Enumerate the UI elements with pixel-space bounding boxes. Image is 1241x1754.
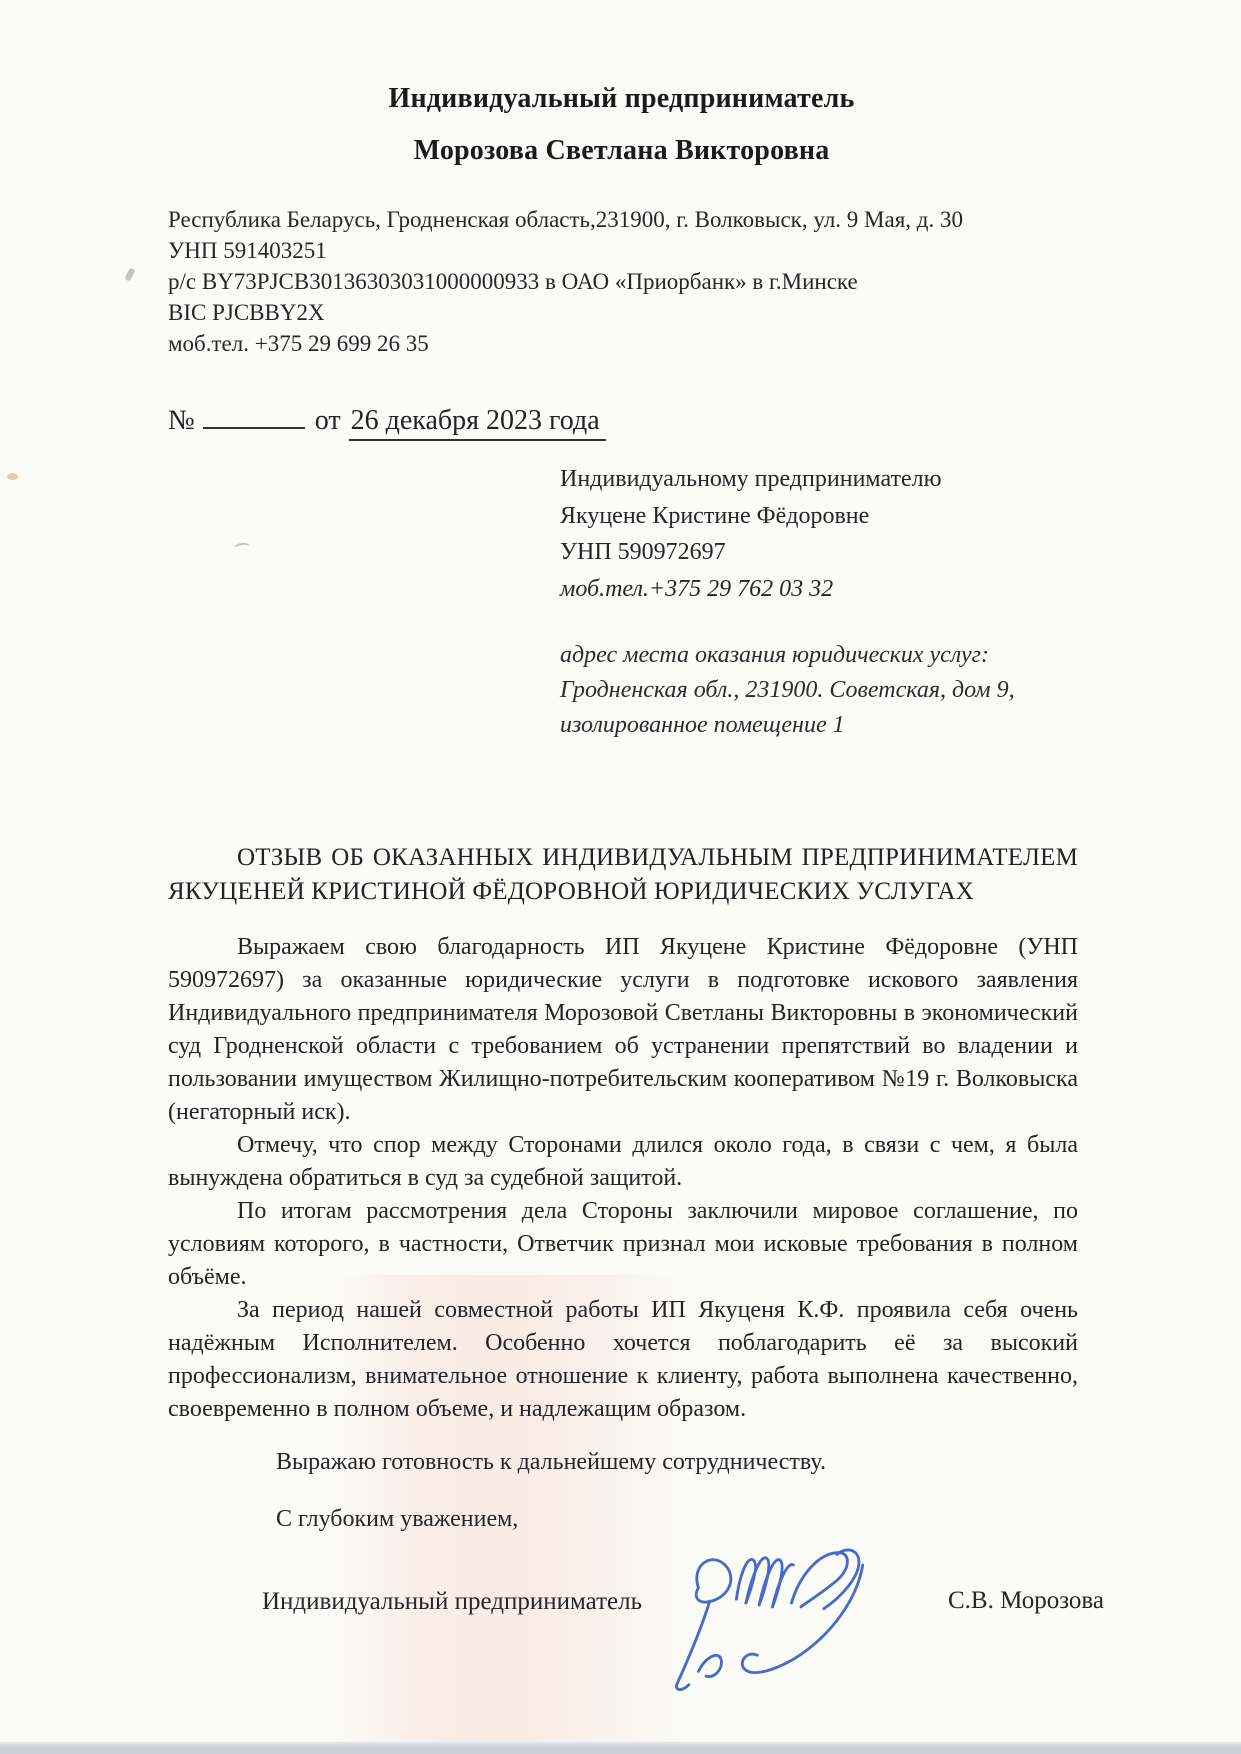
pencil-mark (233, 542, 250, 553)
paragraph: По итогам рассмотрения дела Стороны закл… (168, 1195, 1078, 1294)
scanner-edge-strip (0, 1742, 1241, 1754)
review-title-line2: ЯКУЦЕНЕЙ КРИСТИНОЙ ФЁДОРОВНОЙ ЮРИДИЧЕСКИ… (168, 875, 1078, 909)
sender-phone-line: моб.тел. +375 29 699 26 35 (168, 328, 998, 359)
sender-address-line: Республика Беларусь, Гродненская область… (168, 204, 998, 235)
service-address-block: адрес места оказания юридических услуг: … (560, 638, 1120, 743)
paragraph: За период нашей совместной работы ИП Яку… (168, 1294, 1078, 1426)
recipient-unp-line: УНП 590972697 (560, 534, 1100, 571)
service-address-heading: адрес места оказания юридических услуг: (560, 638, 1120, 673)
letterhead: Индивидуальный предприниматель Морозова … (168, 82, 1075, 168)
letter-body: Выражаем свою благодарность ИП Якуцене К… (168, 931, 1078, 1426)
paper-speck (7, 473, 18, 480)
signer-name: С.В. Морозова (948, 1587, 1104, 1615)
recipient-phone-line: моб.тел.+375 29 762 03 32 (560, 571, 1100, 608)
paragraph: Отмечу, что спор между Сторонами длился … (168, 1129, 1078, 1195)
ink-speck (124, 267, 135, 281)
scanned-letter-page: Индивидуальный предприниматель Морозова … (0, 0, 1241, 1754)
signature-role-label: Индивидуальный предприниматель (262, 1588, 642, 1616)
letterhead-name: Морозова Светлана Викторовна (168, 134, 1075, 168)
signature-ink (648, 1546, 916, 1698)
paragraph: Выражаем свою благодарность ИП Якуцене К… (168, 931, 1078, 1129)
service-address-line: изолированное помещение 1 (560, 708, 1120, 743)
from-word: от (315, 405, 341, 436)
service-address-line: Гродненская обл., 231900. Советская, дом… (560, 673, 1120, 708)
sender-details: Республика Беларусь, Гродненская область… (168, 204, 998, 359)
review-title-line1: ОТЗЫВ ОБ ОКАЗАННЫХ ИНДИВИДУАЛЬНЫМ ПРЕДПР… (168, 841, 1078, 875)
reference-number-blank (203, 401, 305, 429)
review-title: ОТЗЫВ ОБ ОКАЗАННЫХ ИНДИВИДУАЛЬНЫМ ПРЕДПР… (168, 841, 1078, 908)
closing-cooperation-line: Выражаю готовность к дальнейшему сотрудн… (276, 1446, 1036, 1479)
reference-date: 26 декабря 2023 года (349, 405, 606, 441)
reference-line: №от26 декабря 2023 года (168, 401, 606, 441)
sender-bic-line: BIC PJCBBY2X (168, 297, 998, 328)
recipient-block: Индивидуальному предпринимателю Якуцене … (560, 461, 1100, 607)
letterhead-title: Индивидуальный предприниматель (168, 82, 1075, 116)
number-sign: № (168, 405, 195, 436)
sender-unp-line: УНП 591403251 (168, 235, 998, 266)
closing-block: Выражаю готовность к дальнейшему сотрудн… (276, 1446, 1036, 1536)
closing-regards-line: С глубоким уважением, (276, 1503, 1036, 1536)
recipient-role-line: Индивидуальному предпринимателю (560, 461, 1100, 498)
recipient-name-line: Якуцене Кристине Фёдоровне (560, 498, 1100, 535)
sender-account-line: р/с BY73PJCB30136303031000000933 в ОАО «… (168, 266, 998, 297)
